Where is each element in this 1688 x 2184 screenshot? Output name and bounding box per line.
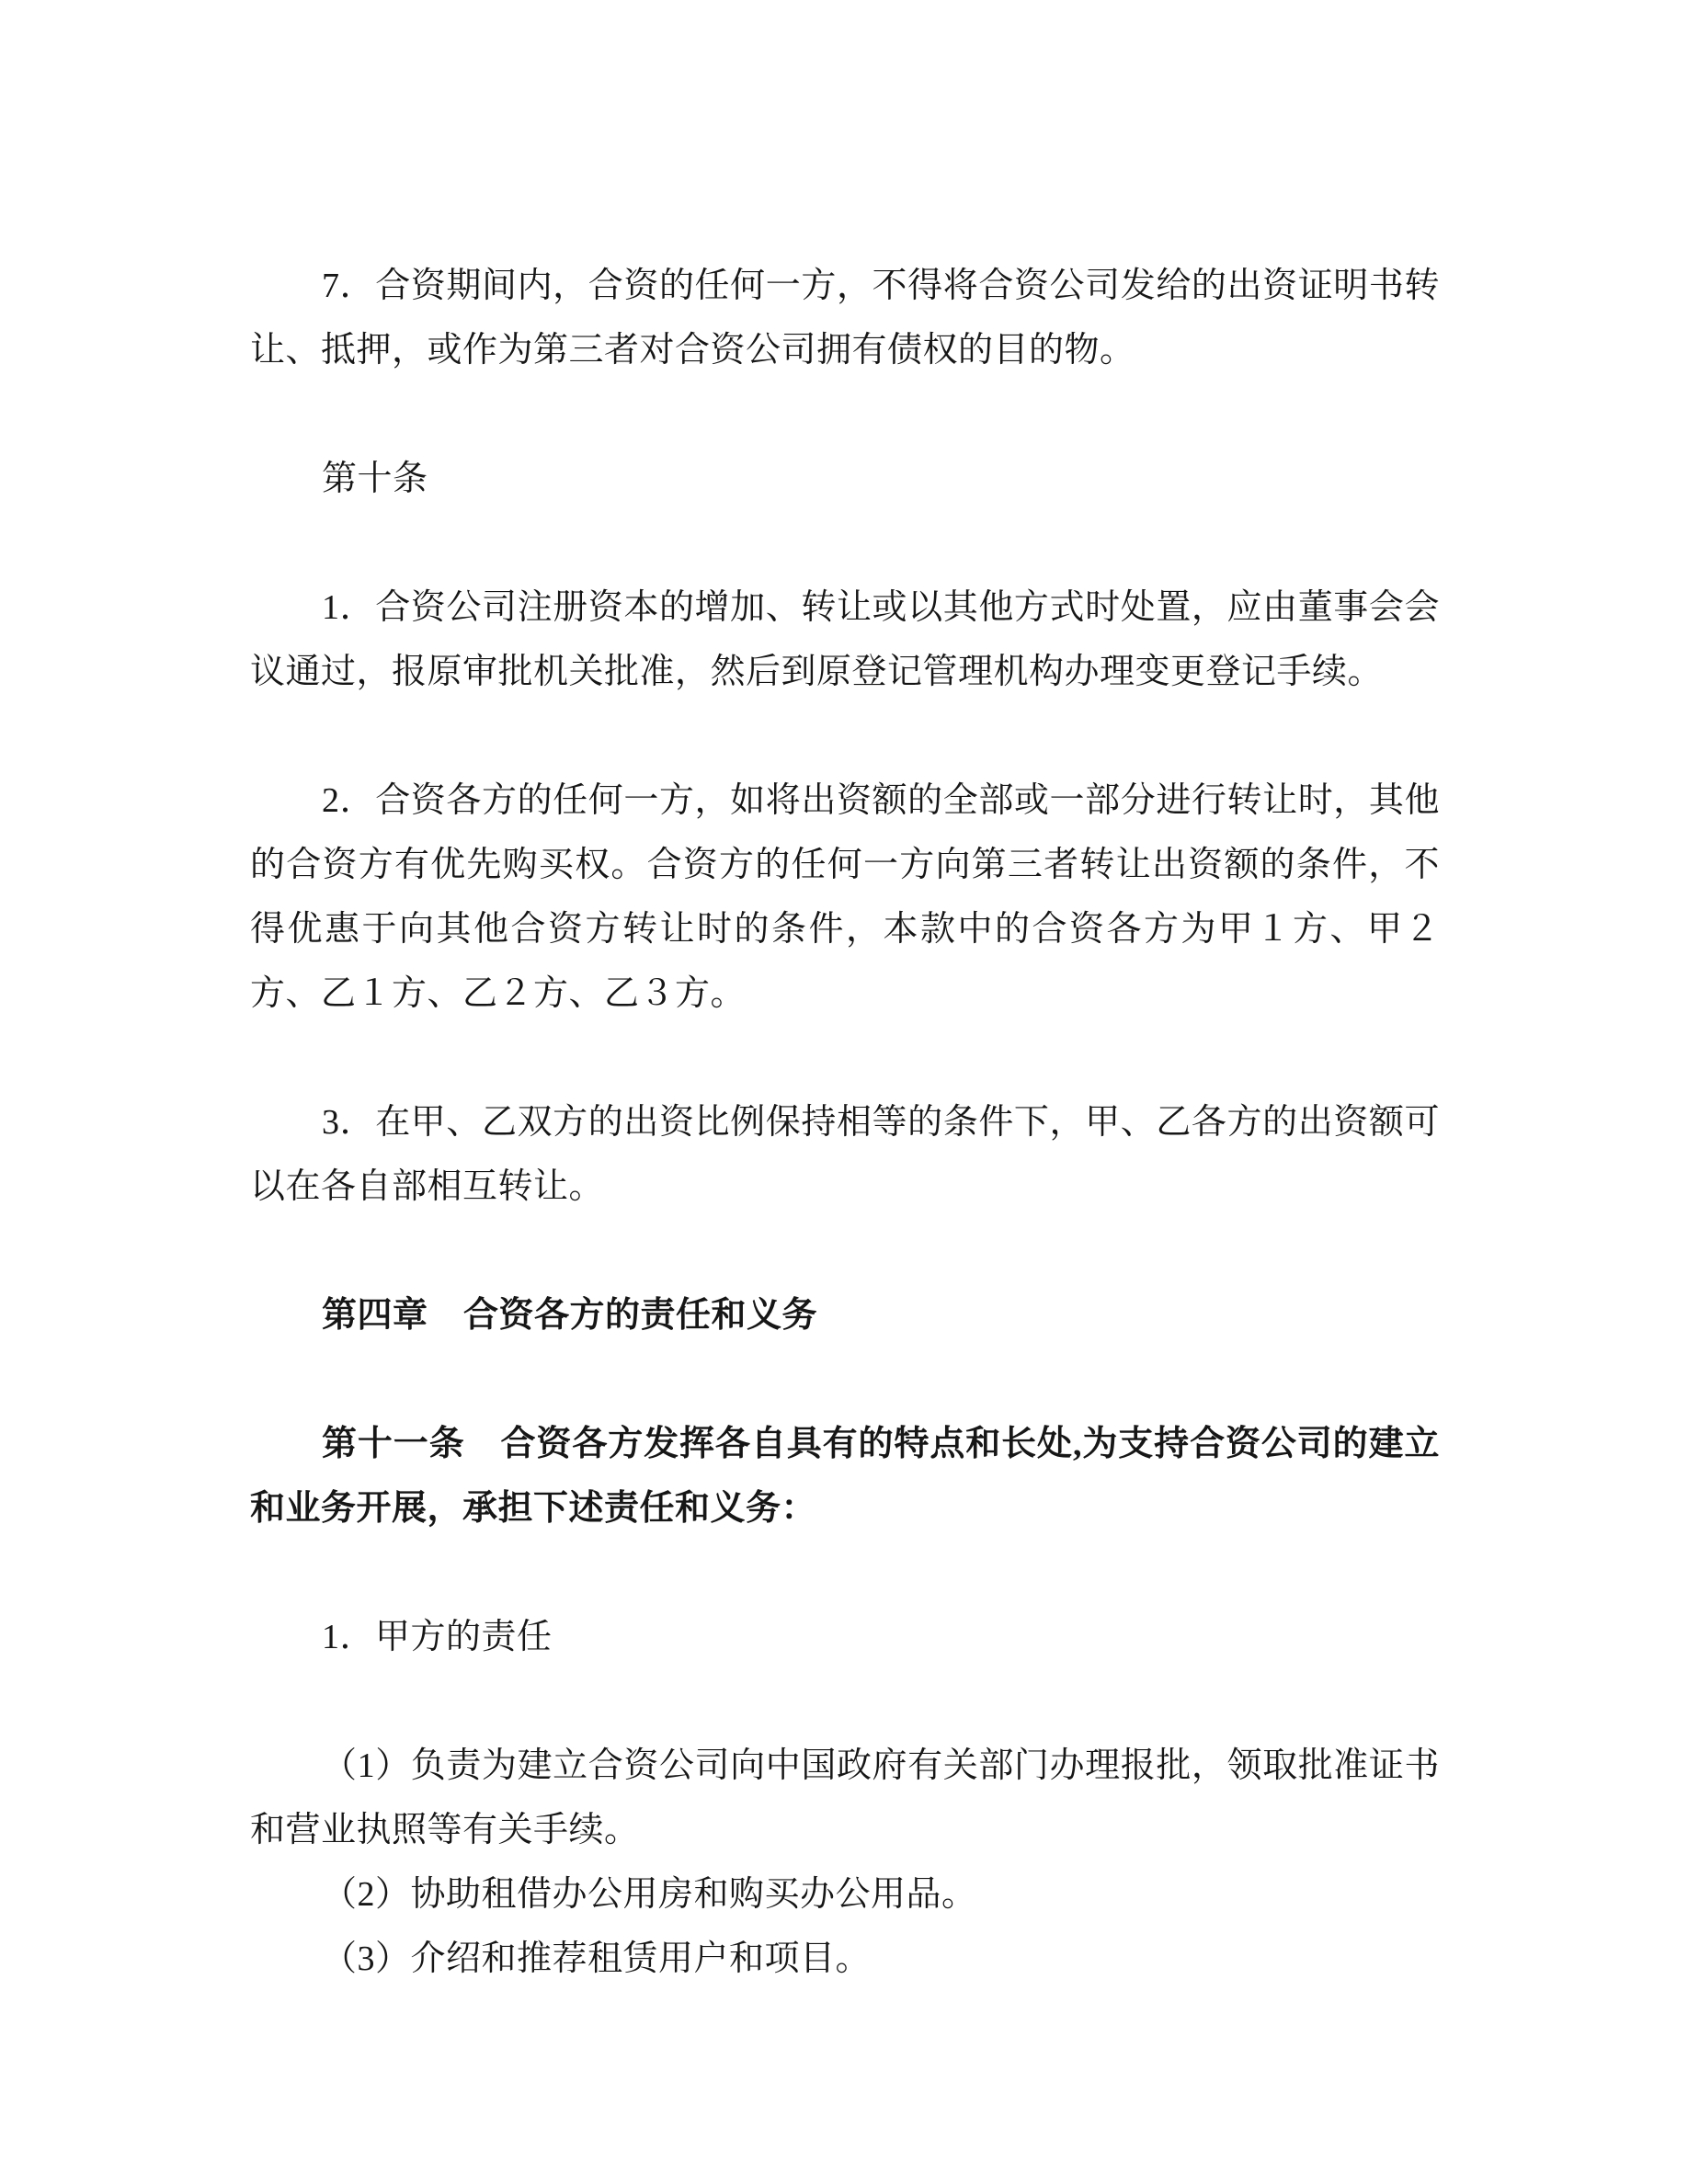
party-a-duty-heading: 1．甲方的责任 — [250, 1605, 1440, 1669]
document-page: 7．合资期间内，合资的任何一方，不得将合资公司发给的出资证明书转让、抵押，或作为… — [0, 0, 1688, 2184]
article-10-item-2: 2．合资各方的任何一方，如将出资额的全部或一部分进行转让时，其他的合资方有优先购… — [250, 768, 1440, 1026]
party-a-duty-item-1: （1）负责为建立合资公司向中国政府有关部门办理报批，领取批准证书和营业执照等有关… — [250, 1734, 1440, 1862]
article-11-lead: 第十一条 合资各方发挥各自具有的特点和长处,为支持合资公司的建立和业务开展，承担… — [250, 1412, 1440, 1541]
article-10-item-1: 1．合资公司注册资本的增加、转让或以其他方式时处置，应由董事会会议通过，报原审批… — [250, 575, 1440, 704]
party-a-duty-item-3: （3）介绍和推荐租赁用户和项目。 — [250, 1927, 1440, 1991]
chapter-4-heading: 第四章 合资各方的责任和义务 — [250, 1283, 1440, 1348]
article-10-item-3: 3．在甲、乙双方的出资比例保持相等的条件下，甲、乙各方的出资额可以在各自部相互转… — [250, 1090, 1440, 1219]
article-10-heading: 第十条 — [250, 447, 1440, 511]
clause-7: 7．合资期间内，合资的任何一方，不得将合资公司发给的出资证明书转让、抵押，或作为… — [250, 254, 1440, 382]
party-a-duty-item-2: （2）协助租借办公用房和购买办公用品。 — [250, 1862, 1440, 1927]
